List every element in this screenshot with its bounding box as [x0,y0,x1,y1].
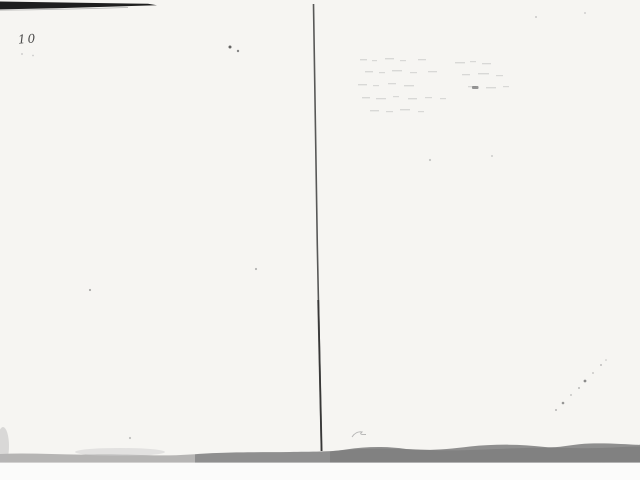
bottom-scan-margin [0,463,640,480]
scanned-book-spread: 10 [0,0,640,480]
scan-artifacts [0,0,640,480]
ghost-text-dark-spot [472,86,479,89]
bottom-edge-smudge [75,448,165,456]
right-page [316,0,640,480]
left-page [0,0,316,480]
page-number: 10 [18,31,38,46]
